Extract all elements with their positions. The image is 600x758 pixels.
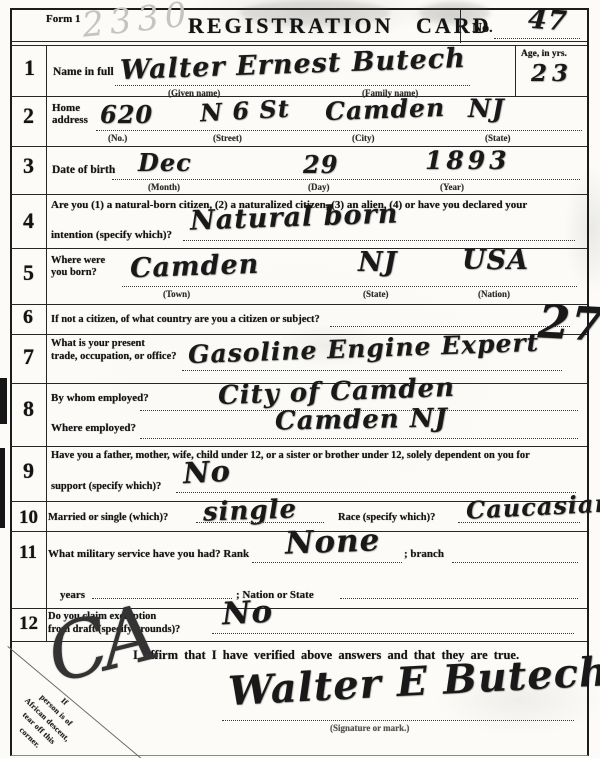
born-town-handwritten: Camden: [129, 249, 259, 284]
row-separator: [10, 304, 587, 305]
address-city-sublabel: (City): [352, 133, 375, 143]
signature-line: [222, 720, 574, 721]
born-nation-handwritten: USA: [462, 245, 529, 276]
address-street-sublabel: (Street): [213, 133, 242, 143]
name-answer-line: [115, 85, 470, 86]
row-number-3: 3: [23, 153, 34, 179]
where-born-label-1: Where were: [51, 255, 105, 266]
born-answer-line: [122, 286, 577, 287]
form-number-label: Form 1: [46, 13, 81, 25]
header-separator-double: [10, 45, 587, 46]
row-separator: [10, 194, 587, 195]
row-number-2: 2: [23, 103, 34, 129]
no-label: No.: [472, 21, 493, 37]
employment-place-line: [140, 438, 578, 439]
no-value-handwritten: 47: [527, 4, 569, 38]
nation-answer-line: [340, 598, 578, 599]
dependents-question-line2: support (specify which)?: [51, 481, 161, 492]
trade-label-1: What is your present: [51, 338, 145, 349]
row-number-1: 1: [24, 55, 35, 81]
race-answer-line: [458, 522, 580, 523]
address-city-handwritten: Camden: [325, 93, 446, 126]
birth-day-handwritten: 29: [303, 150, 338, 179]
dependents-question-line1: Have you a father, mother, wife, child u…: [51, 450, 530, 461]
not-citizen-answer-line: [330, 326, 570, 327]
home-address-label-2: address: [52, 114, 88, 126]
address-state-sublabel: (State): [485, 133, 511, 143]
row-number-8: 8: [23, 396, 34, 422]
signature-sublabel: (Signature or mark.): [330, 723, 409, 733]
row-number-5: 5: [23, 260, 34, 286]
no-box-divider: [460, 8, 461, 43]
exemption-answer-handwritten: No: [221, 594, 274, 633]
trade-label-2: trade, occupation, or office?: [51, 351, 177, 362]
home-address-label-1: Home: [52, 102, 80, 114]
row-number-6: 6: [23, 306, 33, 329]
not-citizen-question: If not a citizen, of what country are yo…: [51, 314, 320, 325]
born-state-handwritten: NJ: [358, 247, 397, 278]
birth-answer-line: [112, 179, 580, 180]
where-born-label-2: you born?: [51, 267, 97, 278]
years-label: years: [60, 589, 85, 601]
married-single-label: Married or single (which)?: [48, 512, 168, 523]
citizen-answer-line: [183, 240, 575, 241]
row-number-4: 4: [23, 208, 34, 234]
citizen-question-line2: intention (specify which)?: [51, 229, 172, 241]
number-column-divider: [46, 45, 47, 641]
rank-answer-line: [252, 562, 402, 563]
month-sublabel: (Month): [148, 182, 180, 192]
address-number-handwritten: 620: [100, 100, 153, 129]
nation-sublabel: (Nation): [478, 289, 510, 299]
scan-edge-artifact: [0, 448, 5, 528]
dependents-answer-handwritten: No: [182, 454, 232, 490]
row-separator: [10, 446, 587, 447]
town-sublabel: (Town): [163, 289, 190, 299]
header-separator: [10, 41, 587, 42]
age-box-divider: [515, 45, 516, 96]
exemption-answer-line: [212, 633, 574, 634]
address-street-handwritten: N 6 St: [199, 94, 290, 128]
address-answer-line: [96, 130, 582, 131]
name-label: Name in full: [53, 66, 114, 78]
by-whom-employed-label: By whom employed?: [51, 392, 149, 404]
birth-month-handwritten: Dec: [138, 148, 192, 177]
address-state-handwritten: NJ: [468, 94, 505, 123]
marital-answer-line: [196, 522, 324, 523]
age-label: Age, in yrs.: [521, 49, 567, 59]
registration-card-scan: Form 1 2330 REGISTRATION CARD No. 47 1 N…: [0, 0, 600, 758]
trade-answer-line: [182, 370, 562, 371]
employment-place-handwritten: Camden NJ: [275, 403, 448, 436]
row-number-12: 12: [19, 613, 38, 635]
birth-year-handwritten: 1893: [425, 146, 511, 175]
row-number-10: 10: [19, 507, 38, 529]
row-number-11: 11: [19, 542, 37, 564]
race-label: Race (specify which)?: [338, 512, 435, 523]
scan-edge-artifact: [0, 378, 7, 424]
branch-label: ; branch: [404, 548, 444, 560]
no-answer-line: [494, 38, 580, 39]
age-value-handwritten: 23: [531, 60, 573, 87]
military-service-label: What military service have you had? Rank: [48, 548, 249, 560]
state-sublabel: (State): [363, 289, 389, 299]
year-sublabel: (Year): [440, 182, 464, 192]
rank-handwritten: None: [284, 522, 380, 561]
row-number-7: 7: [23, 344, 34, 370]
card-title: REGISTRATION CARD: [188, 13, 492, 39]
address-no-sublabel: (No.): [108, 133, 127, 143]
date-of-birth-label: Date of birth: [52, 164, 115, 176]
row-number-9: 9: [23, 458, 34, 484]
branch-answer-line: [452, 562, 578, 563]
margin-note-handwritten: 27: [537, 294, 600, 351]
day-sublabel: (Day): [308, 182, 330, 192]
where-employed-label: Where employed?: [51, 422, 136, 434]
